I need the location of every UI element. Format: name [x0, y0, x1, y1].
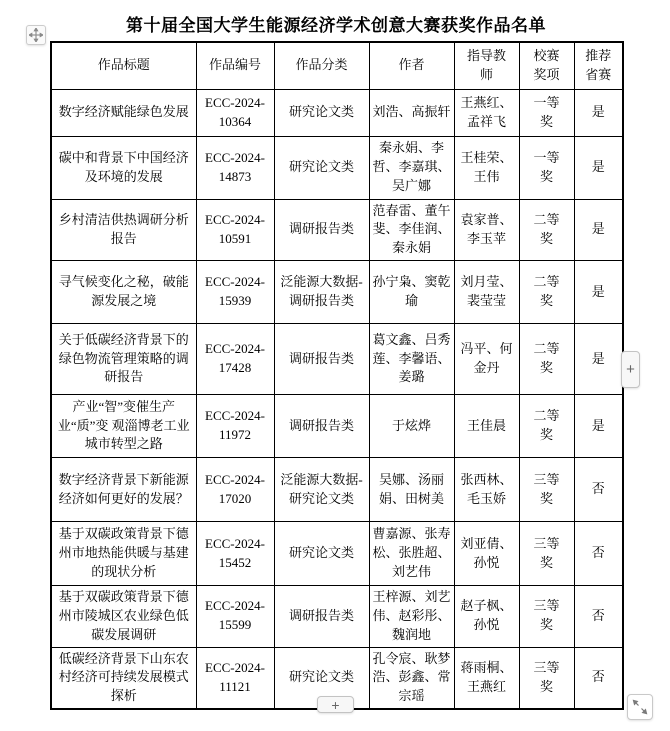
cell-recommended[interactable]: 是: [574, 395, 623, 458]
cell-code[interactable]: ECC-2024-17428: [196, 324, 274, 395]
cell-category[interactable]: 泛能源大数据-调研报告类: [274, 261, 369, 324]
cell-title[interactable]: 寻气候变化之秘，破能源发展之境: [51, 261, 196, 324]
cell-award[interactable]: 三等奖: [519, 522, 574, 586]
cell-award[interactable]: 一等奖: [519, 136, 574, 199]
cell-code[interactable]: ECC-2024-11121: [196, 647, 274, 709]
cell-award[interactable]: 三等奖: [519, 647, 574, 709]
table-row: 关于低碳经济背景下的绿色物流管理策略的调研报告ECC-2024-17428调研报…: [51, 324, 623, 395]
cell-code[interactable]: ECC-2024-10364: [196, 89, 274, 136]
cell-title[interactable]: 产业“智”变催生产业“质”变 观淄博老工业城市转型之路: [51, 395, 196, 458]
table-row: 寻气候变化之秘，破能源发展之境ECC-2024-15939泛能源大数据-调研报告…: [51, 261, 623, 324]
cell-advisors[interactable]: 蒋雨桐、王燕红: [454, 647, 519, 709]
cell-authors[interactable]: 王梓源、刘艺伟、赵彩彤、魏润地: [369, 586, 454, 648]
cell-code[interactable]: ECC-2024-14873: [196, 136, 274, 199]
column-header[interactable]: 作品分类: [274, 42, 369, 89]
cell-category[interactable]: 研究论文类: [274, 522, 369, 586]
cell-category[interactable]: 研究论文类: [274, 136, 369, 199]
cell-authors[interactable]: 刘浩、高振轩: [369, 89, 454, 136]
table-row: 数字经济背景下新能源经济如何更好的发展？ECC-2024-17020泛能源大数据…: [51, 458, 623, 522]
cell-authors[interactable]: 孔令宸、耿梦浩、彭鑫、常宗瑶: [369, 647, 454, 709]
cell-title[interactable]: 低碳经济背景下山东农村经济可持续发展模式探析: [51, 647, 196, 709]
cell-recommended[interactable]: 是: [574, 136, 623, 199]
cell-advisors[interactable]: 刘月莹、裴莹莹: [454, 261, 519, 324]
cell-authors[interactable]: 曹嘉源、张寿松、张胜超、刘艺伟: [369, 522, 454, 586]
add-row-button[interactable]: +: [317, 696, 354, 713]
cell-title[interactable]: 数字经济背景下新能源经济如何更好的发展？: [51, 458, 196, 522]
table-row: 产业“智”变催生产业“质”变 观淄博老工业城市转型之路ECC-2024-1197…: [51, 395, 623, 458]
cell-award[interactable]: 三等奖: [519, 458, 574, 522]
awards-table: 作品标题作品编号作品分类作者指导教 师校赛 奖项推荐 省赛 数字经济赋能绿色发展…: [50, 41, 624, 710]
move-icon: [29, 28, 43, 42]
cell-award[interactable]: 二等奖: [519, 324, 574, 395]
column-header[interactable]: 作品标题: [51, 42, 196, 89]
cell-recommended[interactable]: 是: [574, 89, 623, 136]
cell-advisors[interactable]: 张西林、毛玉娇: [454, 458, 519, 522]
cell-award[interactable]: 三等奖: [519, 586, 574, 648]
table-row: 基于双碳政策背景下德州市地热能供暖与基建的现状分析ECC-2024-15452研…: [51, 522, 623, 586]
resize-icon: [632, 699, 648, 715]
cell-category[interactable]: 调研报告类: [274, 324, 369, 395]
cell-code[interactable]: ECC-2024-17020: [196, 458, 274, 522]
cell-title[interactable]: 基于双碳政策背景下德州市陵城区农业绿色低碳发展调研: [51, 586, 196, 648]
cell-title[interactable]: 关于低碳经济背景下的绿色物流管理策略的调研报告: [51, 324, 196, 395]
cell-authors[interactable]: 吴娜、汤丽娟、田树美: [369, 458, 454, 522]
column-header[interactable]: 指导教 师: [454, 42, 519, 89]
table-body: 数字经济赋能绿色发展ECC-2024-10364研究论文类刘浩、高振轩王燕红、孟…: [51, 89, 623, 709]
plus-icon: +: [331, 697, 339, 713]
cell-recommended[interactable]: 是: [574, 261, 623, 324]
cell-advisors[interactable]: 王佳晨: [454, 395, 519, 458]
table-resize-handle[interactable]: [627, 694, 653, 720]
cell-title[interactable]: 乡村清洁供热调研分析报告: [51, 199, 196, 261]
column-header[interactable]: 作者: [369, 42, 454, 89]
cell-award[interactable]: 二等奖: [519, 395, 574, 458]
cell-authors[interactable]: 葛文鑫、吕秀莲、李馨语、姜璐: [369, 324, 454, 395]
cell-award[interactable]: 二等奖: [519, 261, 574, 324]
cell-recommended[interactable]: 否: [574, 647, 623, 709]
cell-recommended[interactable]: 是: [574, 199, 623, 261]
cell-recommended[interactable]: 否: [574, 522, 623, 586]
cell-advisors[interactable]: 王桂荣、王伟: [454, 136, 519, 199]
cell-recommended[interactable]: 是: [574, 324, 623, 395]
table-row: 乡村清洁供热调研分析报告ECC-2024-10591调研报告类范春雷、董午斐、李…: [51, 199, 623, 261]
table-move-handle[interactable]: [26, 25, 46, 45]
cell-category[interactable]: 研究论文类: [274, 89, 369, 136]
table-row: 碳中和背景下中国经济及环境的发展ECC-2024-14873研究论文类秦永娟、李…: [51, 136, 623, 199]
cell-advisors[interactable]: 冯平、何金丹: [454, 324, 519, 395]
cell-code[interactable]: ECC-2024-15599: [196, 586, 274, 648]
cell-code[interactable]: ECC-2024-10591: [196, 199, 274, 261]
column-header[interactable]: 作品编号: [196, 42, 274, 89]
cell-code[interactable]: ECC-2024-15452: [196, 522, 274, 586]
cell-award[interactable]: 二等奖: [519, 199, 574, 261]
cell-advisors[interactable]: 王燕红、孟祥飞: [454, 89, 519, 136]
cell-title[interactable]: 数字经济赋能绿色发展: [51, 89, 196, 136]
cell-award[interactable]: 一等奖: [519, 89, 574, 136]
cell-title[interactable]: 基于双碳政策背景下德州市地热能供暖与基建的现状分析: [51, 522, 196, 586]
table-header-row: 作品标题作品编号作品分类作者指导教 师校赛 奖项推荐 省赛: [51, 42, 623, 89]
cell-category[interactable]: 调研报告类: [274, 586, 369, 648]
cell-recommended[interactable]: 否: [574, 586, 623, 648]
cell-title[interactable]: 碳中和背景下中国经济及环境的发展: [51, 136, 196, 199]
cell-category[interactable]: 调研报告类: [274, 199, 369, 261]
add-column-button[interactable]: +: [621, 351, 640, 388]
cell-code[interactable]: ECC-2024-15939: [196, 261, 274, 324]
cell-advisors[interactable]: 赵子枫、孙悦: [454, 586, 519, 648]
cell-advisors[interactable]: 袁家普、李玉苹: [454, 199, 519, 261]
cell-authors[interactable]: 孙宁枭、窦乾瑜: [369, 261, 454, 324]
cell-authors[interactable]: 秦永娟、李哲、李嘉琪、吴广娜: [369, 136, 454, 199]
plus-icon: +: [626, 361, 635, 378]
cell-recommended[interactable]: 否: [574, 458, 623, 522]
column-header[interactable]: 校赛 奖项: [519, 42, 574, 89]
document-title[interactable]: 第十届全国大学生能源经济学术创意大赛获奖作品名单: [50, 11, 622, 36]
cell-category[interactable]: 泛能源大数据-研究论文类: [274, 458, 369, 522]
table-row: 基于双碳政策背景下德州市陵城区农业绿色低碳发展调研ECC-2024-15599调…: [51, 586, 623, 648]
cell-code[interactable]: ECC-2024-11972: [196, 395, 274, 458]
cell-advisors[interactable]: 刘亚倩、孙悦: [454, 522, 519, 586]
cell-authors[interactable]: 于炫烨: [369, 395, 454, 458]
cell-category[interactable]: 调研报告类: [274, 395, 369, 458]
cell-authors[interactable]: 范春雷、董午斐、李佳润、秦永娟: [369, 199, 454, 261]
column-header[interactable]: 推荐 省赛: [574, 42, 623, 89]
table-row: 数字经济赋能绿色发展ECC-2024-10364研究论文类刘浩、高振轩王燕红、孟…: [51, 89, 623, 136]
